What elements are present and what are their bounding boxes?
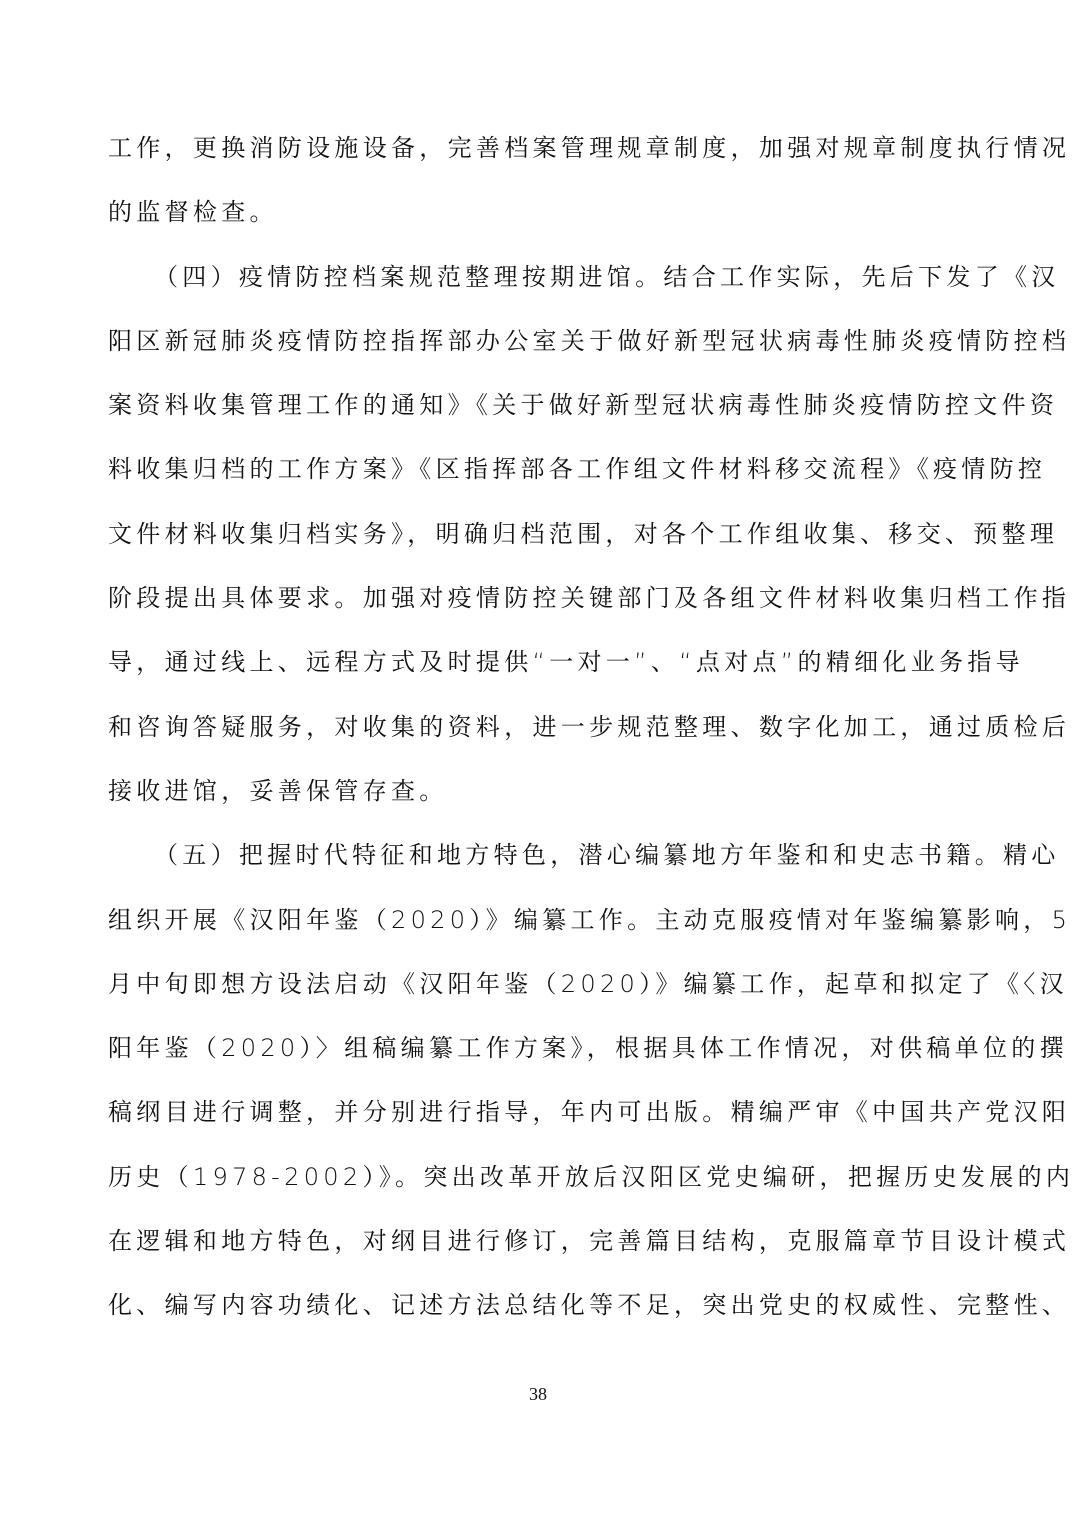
document-page: 工作，更换消防设施设备，完善档案管理规章制度，加强对规章制度执行情况 的监督检查… [0,0,1076,1522]
section-heading-line: （五）把握时代特征和地方特色，潜心编纂地方年鉴和和史志书籍。精心 [108,831,970,895]
text-line: 工作，更换消防设施设备，完善档案管理规章制度，加强对规章制度执行情况 [108,124,970,188]
text-line: 阶段提出具体要求。加强对疫情防控关键部门及各组文件材料收集归档工作指 [108,574,970,638]
text-line: 的监督检查。 [108,188,970,252]
text-line: 料收集归档的工作方案》《区指挥部各工作组文件材料移交流程》《疫情防控 [108,445,970,509]
text-line: 案资料收集管理工作的通知》《关于做好新型冠状病毒性肺炎疫情防控文件资 [108,381,970,445]
text-line: 化、编写内容功绩化、记述方法总结化等不足，突出党史的权威性、完整性、 [108,1281,970,1345]
text-line: 阳年鉴（2020）〉组稿编纂工作方案》，根据具体工作情况，对供稿单位的撰 [108,1024,970,1088]
page-number: 38 [0,1384,1076,1405]
text-line: 月中旬即想方设法启动《汉阳年鉴（2020）》编纂工作，起草和拟定了《〈汉 [108,960,970,1024]
text-line: 历史（1978-2002）》。突出改革开放后汉阳区党史编研，把握历史发展的内 [108,1153,970,1217]
section-heading-line: （四）疫情防控档案规范整理按期进馆。结合工作实际，先后下发了《汉 [108,253,970,317]
text-line: 在逻辑和地方特色，对纲目进行修订，完善篇目结构，克服篇章节目设计模式 [108,1217,970,1281]
text-line: 和咨询答疑服务，对收集的资料，进一步规范整理、数字化加工，通过质检后 [108,703,970,767]
text-line: 阳区新冠肺炎疫情防控指挥部办公室关于做好新型冠状病毒性肺炎疫情防控档 [108,317,970,381]
text-line: 文件材料收集归档实务》，明确归档范围，对各个工作组收集、移交、预整理 [108,510,970,574]
text-line: 导，通过线上、远程方式及时提供“一对一”、“点对点”的精细化业务指导 [108,638,970,702]
text-line: 组织开展《汉阳年鉴（2020）》编纂工作。主动克服疫情对年鉴编纂影响，5 [108,896,970,960]
text-line: 稿纲目进行调整，并分别进行指导，年内可出版。精编严审《中国共产党汉阳 [108,1088,970,1152]
body-text: 工作，更换消防设施设备，完善档案管理规章制度，加强对规章制度执行情况 的监督检查… [108,124,970,1346]
text-line: 接收进馆，妥善保管存查。 [108,767,970,831]
